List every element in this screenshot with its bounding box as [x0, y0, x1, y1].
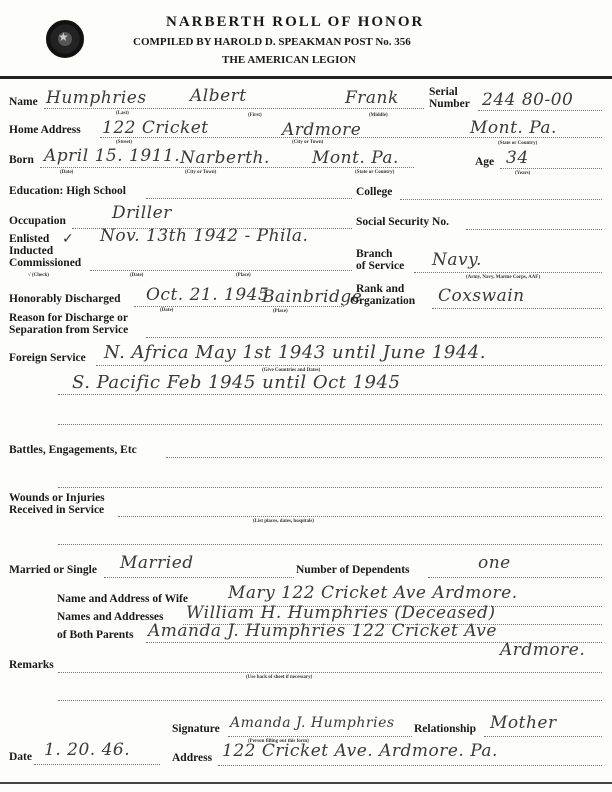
foreign-service-value-1[interactable]: N. Africa May 1st 1943 until June 1944.: [104, 342, 486, 363]
discharge-label: Honorably Discharged: [9, 293, 121, 305]
age-label: Age: [475, 156, 494, 168]
form-title: NARBERTH ROLL OF HONOR: [166, 14, 424, 31]
education-label: Education: High School: [9, 185, 126, 197]
serial-line[interactable]: [478, 110, 602, 111]
born-state-value[interactable]: Mont. Pa.: [312, 148, 399, 168]
name-middle-value[interactable]: Frank: [345, 88, 399, 108]
enlisted-check-icon[interactable]: ✓: [62, 231, 74, 247]
relationship-line[interactable]: [484, 736, 602, 737]
caption-city: (City or Town): [292, 140, 323, 145]
caption-enlist-place: (Place): [236, 273, 251, 278]
date-line[interactable]: [34, 764, 160, 765]
wounds-line-2[interactable]: [58, 544, 602, 545]
american-legion-emblem-icon: [46, 20, 84, 58]
battles-label: Battles, Engagements, Etc: [9, 444, 137, 456]
caption-born-date: (Date): [60, 170, 73, 175]
header-rule: [0, 76, 612, 79]
roll-of-honor-form: NARBERTH ROLL OF HONOR COMPILED BY HAROL…: [0, 0, 612, 792]
parents-value-2[interactable]: Amanda J. Humphries 122 Cricket Ave: [148, 621, 497, 641]
parents-value-1[interactable]: William H. Humphries (Deceased): [186, 603, 496, 623]
caption-last: (Last): [116, 111, 129, 116]
address-line[interactable]: [218, 765, 602, 766]
signature-label: Signature: [172, 723, 220, 735]
age-value[interactable]: 34: [506, 148, 529, 168]
born-date-value[interactable]: April 15. 1911.: [44, 146, 180, 166]
date-label: Date: [9, 751, 32, 763]
name-line[interactable]: [44, 108, 424, 109]
education-line[interactable]: [146, 198, 352, 199]
marital-label: Married or Single: [9, 564, 97, 576]
foreign-service-line-2[interactable]: [58, 394, 602, 395]
wounds-label-1: Wounds or Injuries: [9, 492, 105, 504]
wounds-label-2: Received in Service: [9, 504, 104, 516]
caption-wounds: (List places, dates, hospitals): [253, 519, 314, 524]
rank-line[interactable]: [432, 308, 602, 309]
foreign-service-line-3[interactable]: [58, 424, 602, 425]
branch-value[interactable]: Navy.: [432, 250, 482, 270]
marital-line[interactable]: [104, 577, 294, 578]
form-subtitle: COMPILED BY HAROLD D. SPEAKMAN POST No. …: [133, 36, 411, 48]
caption-street: (Street): [116, 140, 132, 145]
serial-number-value[interactable]: 244 80-00: [482, 90, 573, 110]
name-label: Name: [9, 96, 38, 108]
occupation-value[interactable]: Driller: [112, 203, 172, 223]
caption-age: (Years): [515, 171, 530, 176]
home-city-value[interactable]: Ardmore: [282, 120, 361, 140]
home-address-label: Home Address: [9, 124, 81, 136]
caption-branch: (Army, Navy, Marine Corps, AAF): [466, 275, 540, 280]
caption-discharge-date: (Date): [160, 308, 173, 313]
address-value[interactable]: 122 Cricket Ave. Ardmore. Pa.: [222, 741, 498, 761]
discharge-date-value[interactable]: Oct. 21. 1945.: [146, 285, 275, 305]
remarks-line-2[interactable]: [58, 700, 602, 701]
remarks-line-1[interactable]: [58, 672, 602, 673]
serial-label-1: Serial: [429, 86, 458, 98]
rank-value[interactable]: Coxswain: [438, 286, 525, 306]
caption-state: (State or Country): [498, 141, 537, 146]
foreign-service-line-1[interactable]: [96, 365, 602, 366]
dependents-line[interactable]: [428, 577, 602, 578]
foreign-service-value-2[interactable]: S. Pacific Feb 1945 until Oct 1945: [72, 372, 400, 393]
college-label: College: [356, 186, 392, 198]
foreign-service-label: Foreign Service: [9, 352, 86, 364]
born-city-value[interactable]: Narberth.: [180, 148, 270, 168]
branch-label-2: of Service: [356, 260, 404, 272]
discharge-place-value[interactable]: Bainbridge: [262, 287, 362, 307]
battles-line-2[interactable]: [58, 487, 602, 488]
wounds-line[interactable]: [118, 516, 602, 517]
reason-label-2: Separation from Service: [9, 324, 128, 336]
reason-line[interactable]: [146, 337, 602, 338]
enlistment-line[interactable]: [90, 270, 352, 271]
commissioned-label: Commissioned: [9, 257, 81, 269]
ssn-label: Social Security No.: [356, 216, 449, 228]
occupation-label: Occupation: [9, 215, 66, 227]
dependents-label: Number of Dependents: [296, 564, 410, 576]
age-line[interactable]: [500, 168, 602, 169]
branch-line[interactable]: [414, 272, 602, 273]
dependents-value[interactable]: one: [478, 553, 511, 573]
caption-born-city: (City or Town): [185, 170, 216, 175]
caption-check: √ (Check): [28, 273, 49, 278]
date-value[interactable]: 1. 20. 46.: [44, 740, 130, 760]
caption-first: (First): [248, 113, 262, 118]
signature-value[interactable]: Amanda J. Humphries: [230, 715, 395, 731]
rank-label-2: Organization: [350, 295, 415, 307]
home-state-value[interactable]: Mont. Pa.: [470, 118, 557, 138]
caption-middle: (Middle): [369, 113, 388, 118]
caption-discharge-place: (Place): [273, 309, 288, 314]
born-label: Born: [9, 154, 34, 166]
name-last-value[interactable]: Humphries: [46, 88, 147, 108]
enlisted-label: Enlisted: [9, 233, 49, 245]
rank-label-1: Rank and: [356, 283, 404, 295]
serial-label-2: Number: [429, 98, 470, 110]
organization-name: THE AMERICAN LEGION: [222, 54, 356, 66]
caption-born-state: (State or Country): [355, 170, 394, 175]
wife-label: Name and Address of Wife: [57, 593, 188, 605]
inducted-label: Inducted: [9, 245, 53, 257]
enlistment-value[interactable]: Nov. 13th 1942 - Phila.: [100, 226, 308, 246]
battles-line-1[interactable]: [166, 457, 602, 458]
ssn-line[interactable]: [466, 229, 602, 230]
address-label: Address: [172, 752, 212, 764]
marital-value[interactable]: Married: [120, 553, 194, 573]
caption-remarks: (Use back of sheet if necessary): [246, 675, 312, 680]
reason-label-1: Reason for Discharge or: [9, 312, 128, 324]
branch-label-1: Branch: [356, 248, 392, 260]
home-street-value[interactable]: 122 Cricket: [102, 118, 209, 138]
parents-label-2: of Both Parents: [57, 629, 133, 641]
footer-rule: [0, 782, 612, 784]
relationship-label: Relationship: [414, 723, 476, 735]
signature-line[interactable]: [228, 736, 412, 737]
remarks-label: Remarks: [9, 659, 54, 671]
caption-enlist-date: (Date): [130, 273, 143, 278]
relationship-value[interactable]: Mother: [490, 713, 557, 733]
name-first-value[interactable]: Albert: [190, 86, 247, 106]
wife-value[interactable]: Mary 122 Cricket Ave Ardmore.: [228, 583, 518, 603]
parents-value-3[interactable]: Ardmore.: [500, 640, 585, 660]
college-line[interactable]: [400, 199, 602, 200]
